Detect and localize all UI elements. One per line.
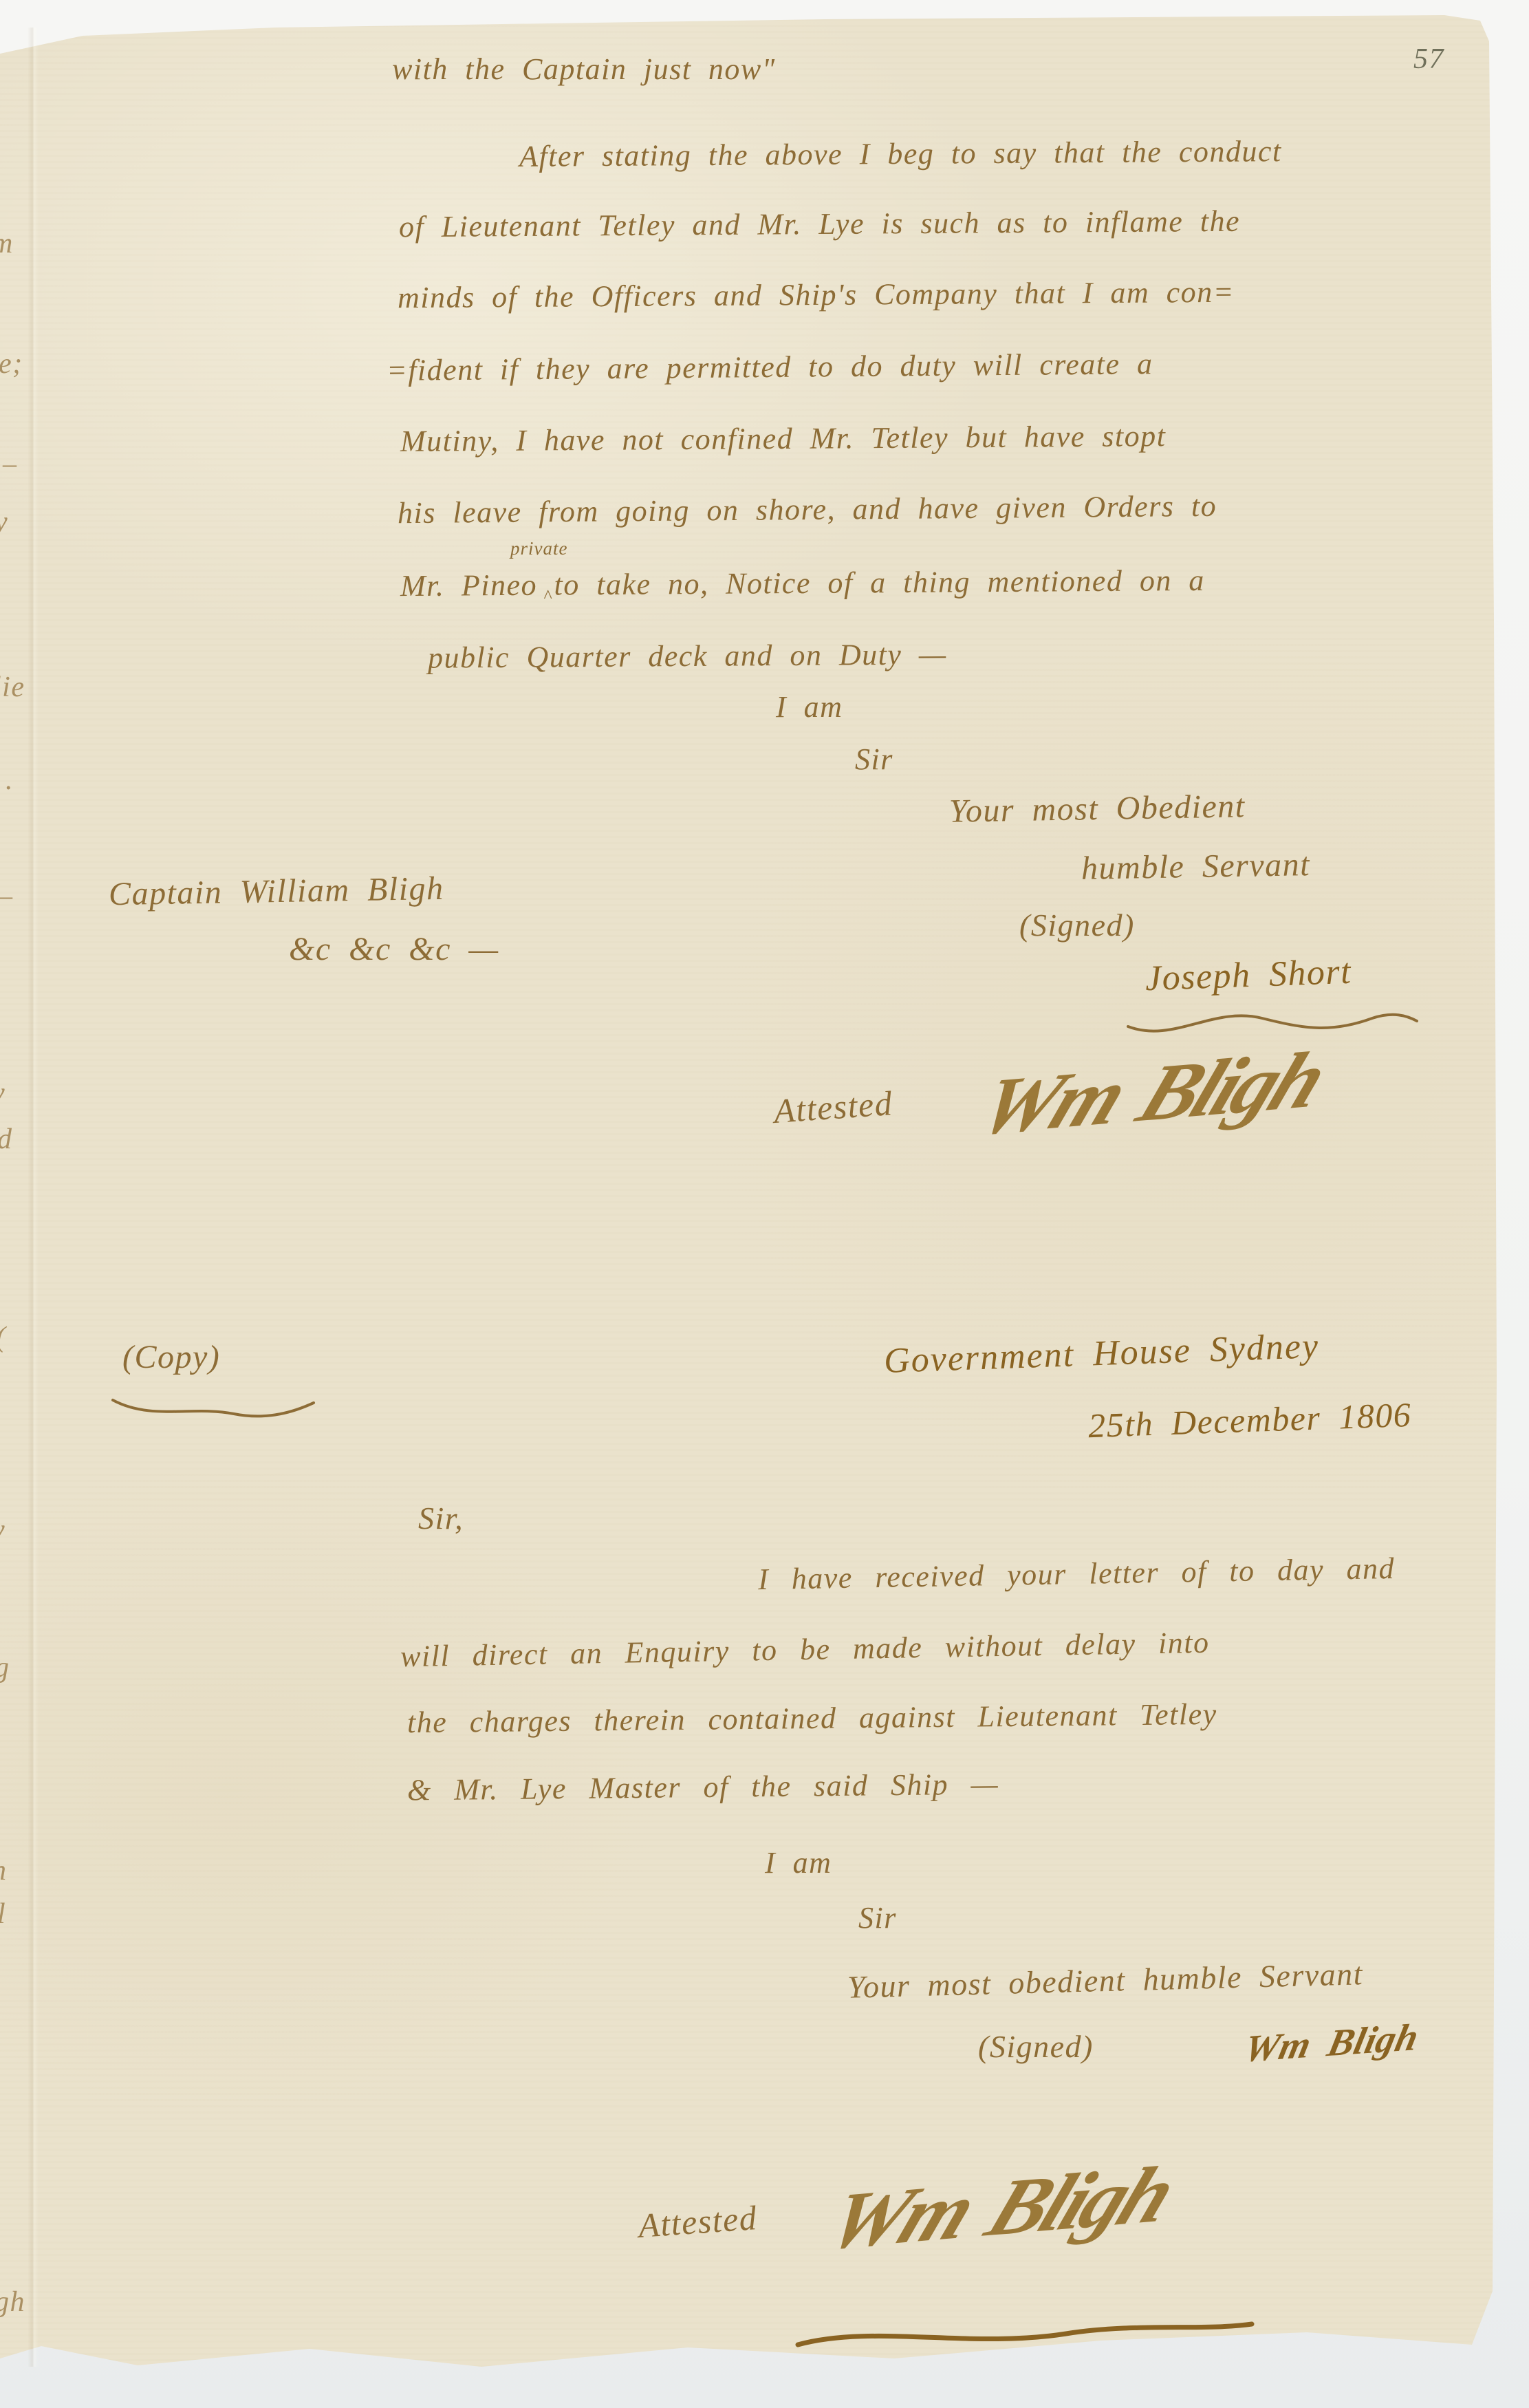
letter1-body-line: public Quarter deck and on Duty —	[428, 636, 947, 675]
letter1-body-line: Mr. Pineo to take no, Notice of a thing …	[400, 563, 1205, 603]
letter1-body-line: Mutiny, I have not confined Mr. Tetley b…	[400, 418, 1167, 459]
letter1-closing-sir: Sir	[855, 742, 893, 777]
letter1-signature-joseph-short: Joseph Short	[1145, 952, 1352, 999]
attestation-underline-flourish	[791, 2317, 1259, 2358]
letter1-body-line: =fident if they are permitted to do duty…	[387, 346, 1153, 388]
margin-fragment: y	[0, 1077, 6, 1110]
letter1-body-line: After stating the above I beg to say tha…	[519, 133, 1282, 174]
manuscript-scan: 57 with the Captain just now" After stat…	[0, 0, 1529, 2408]
letter1-signed-label: (Signed)	[1019, 907, 1135, 943]
letter1-closing-line: Your most Obedient	[949, 787, 1246, 830]
letter2-body-line: & Mr. Lye Master of the said Ship —	[407, 1766, 999, 1807]
margin-fragment: (	[0, 1321, 7, 1354]
margin-fragment: d	[0, 1123, 13, 1156]
letter1-body-line: of Lieutenant Tetley and Mr. Lye is such…	[399, 204, 1240, 245]
letter1-closing-line: humble Servant	[1081, 846, 1311, 888]
letter2-closing-i-am: I am	[765, 1845, 832, 1880]
gutter-fold-line	[28, 28, 39, 2367]
margin-fragment: –	[3, 447, 18, 480]
margin-fragment: m	[0, 227, 14, 260]
margin-fragment: n	[0, 1854, 8, 1887]
letter1-attested-label: Attested	[772, 1083, 894, 1131]
letter2-signed-label: (Signed)	[978, 2028, 1094, 2065]
letter1-interline-insertion: private	[510, 538, 567, 559]
letter1-insertion-caret: ^	[543, 586, 552, 607]
letter2-attested-label: Attested	[637, 2197, 759, 2246]
margin-fragment: gh	[0, 2286, 25, 2319]
letter1-body-line: minds of the Officers and Ship's Company…	[398, 275, 1235, 315]
margin-fragment: l	[0, 1898, 6, 1931]
letter1-opening-fragment: with the Captain just now"	[392, 52, 776, 87]
margin-fragment: –	[0, 879, 14, 912]
letter2-closing-sir: Sir	[858, 1900, 897, 1935]
margin-fragment: g	[0, 1651, 10, 1684]
margin-fragment: y	[0, 1514, 6, 1547]
folio-number: 57	[1413, 43, 1444, 76]
margin-fragment: .	[6, 764, 14, 797]
letter1-closing-i-am: I am	[776, 689, 843, 724]
margin-fragment: y	[0, 506, 8, 539]
letter2-copy-label: (Copy)	[122, 1338, 220, 1376]
letter1-addressee-etc: &c &c &c —	[289, 930, 499, 968]
copy-flourish	[110, 1393, 316, 1425]
letter2-salutation: Sir,	[418, 1500, 464, 1536]
letter1-body-line: his leave from going on shore, and have …	[398, 488, 1217, 530]
margin-fragment: e;	[0, 347, 23, 380]
letter1-addressee-name: Captain William Bligh	[109, 870, 444, 914]
margin-fragment: lie	[0, 671, 25, 704]
